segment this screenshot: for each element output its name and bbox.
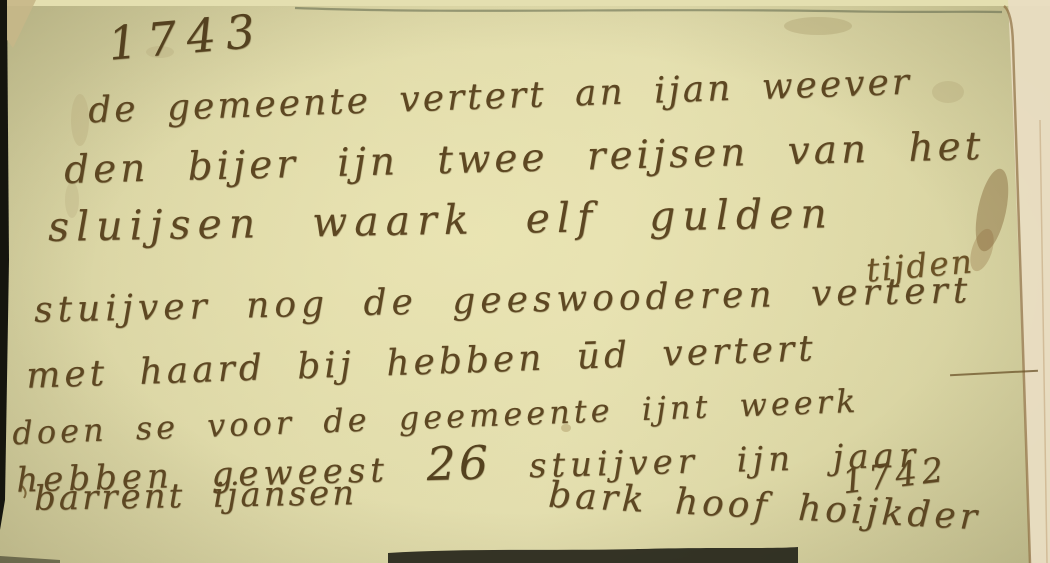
manuscript-photo: 1743 de gemeente vertert an ijan weever …	[0, 0, 1050, 563]
amount-value: 26	[426, 435, 492, 491]
signature-left: barrent ijansen	[34, 473, 358, 519]
